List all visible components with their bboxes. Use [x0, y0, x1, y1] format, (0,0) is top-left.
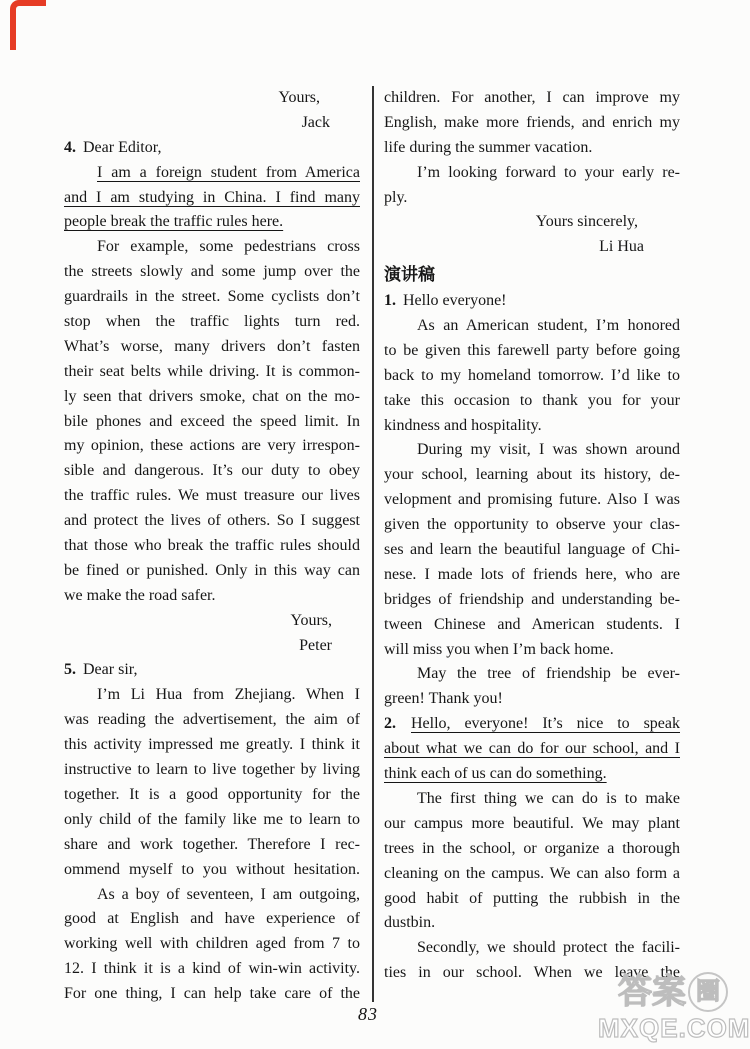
text-line: 2.Hello, everyone! It’s nice to speak [384, 712, 680, 737]
text-line: good at English and have experience of [64, 907, 360, 932]
text-line: May the tree of friendship be ever- [384, 662, 680, 687]
text-line: The first thing we can do is to make [384, 787, 680, 812]
paragraph: 2.Hello, everyone! It’s nice to speakabo… [384, 712, 680, 787]
column-divider-rule [372, 86, 374, 1002]
item-heading: 1.Hello everyone! [384, 289, 680, 314]
text-line: that those who break the traffic rules s… [64, 534, 360, 559]
text-line: and I am studying in China. I find many [64, 186, 360, 211]
watermark-logo: 答案圈 [598, 972, 748, 1012]
text-line: only child of the family like me to lear… [64, 808, 360, 833]
text-line: their seat belts while driving. It is co… [64, 360, 360, 385]
text-line: life during the summer vacation. [384, 136, 680, 161]
signature-block: Jack [64, 111, 360, 136]
text-line: I’m looking forward to your early re- [384, 161, 680, 186]
text-line: Jack [64, 111, 360, 136]
text-line: instructive to learn to live together by… [64, 758, 360, 783]
text-line: this activity impressed me greatly. I th… [64, 733, 360, 758]
item-heading: 4.Dear Editor, [64, 136, 360, 161]
text-line: 12. I think it is a kind of win-win acti… [64, 957, 360, 982]
signature-block: Yours, [64, 86, 360, 111]
red-corner-mark [10, 0, 46, 50]
text-line: back to my homeland tomorrow. I’d like t… [384, 364, 680, 389]
text-line: bridges of friendship and understanding … [384, 588, 680, 613]
signature-block: Peter [64, 634, 360, 659]
text-line: 演讲稿 [384, 263, 680, 288]
text-line: Yours sincerely, [384, 210, 680, 235]
watermark-title-text: 答案 [618, 975, 686, 1009]
right-text-column: children. For another, I can improve myE… [384, 86, 680, 986]
text-line: green! Thank you! [384, 687, 680, 712]
scanned-page: Yours,Jack4.Dear Editor,I am a foreign s… [0, 0, 750, 1049]
text-line-content: Dear sir, [83, 661, 137, 678]
paragraph: The first thing we can do is to makeour … [384, 787, 680, 936]
text-line: I am a foreign student from America [64, 161, 360, 186]
text-line: our campus more beautiful. We may plant [384, 812, 680, 837]
text-line: Li Hua [384, 235, 680, 260]
item-number: 2. [384, 715, 411, 732]
text-line: 5.Dear sir, [64, 658, 360, 683]
text-line: ly seen that drivers smoke, chat on the … [64, 385, 360, 410]
text-line: Secondly, we should protect the facili- [384, 936, 680, 961]
paragraph: I’m looking forward to your early re-ply… [384, 161, 680, 211]
text-line: As a boy of seventeen, I am outgoing, [64, 883, 360, 908]
text-line: For one thing, I can help take care of t… [64, 982, 360, 1007]
text-line: guardrails in the street. Some cyclists … [64, 285, 360, 310]
item-number: 1. [384, 292, 403, 309]
text-line: will miss you when I’m back home. [384, 638, 680, 663]
left-text-column: Yours,Jack4.Dear Editor,I am a foreign s… [64, 86, 360, 1007]
text-line: bile phones and exceed the speed limit. … [64, 410, 360, 435]
paragraph: As a boy of seventeen, I am outgoing,goo… [64, 883, 360, 1007]
item-number: 4. [64, 139, 83, 156]
text-line: What’s worse, many drivers don’t fasten [64, 335, 360, 360]
text-line: the streets slowly and some jump over th… [64, 260, 360, 285]
watermark: 答案圈 MXQE.COM [598, 972, 748, 1041]
text-line: sible and dangerous. It’s our duty to ob… [64, 459, 360, 484]
paragraph: As an American student, I’m honoredto be… [384, 314, 680, 438]
text-line: cleaning on the campus. We can also form… [384, 862, 680, 887]
text-line: trees in the school, or organize a thoro… [384, 837, 680, 862]
text-line: As an American student, I’m honored [384, 314, 680, 339]
paragraph: children. For another, I can improve myE… [384, 86, 680, 161]
text-line: to be given this farewell party before g… [384, 339, 680, 364]
text-line: be fined or punished. Only in this way c… [64, 559, 360, 584]
text-line: we make the road safer. [64, 584, 360, 609]
text-line: ommend myself to you without hesitation. [64, 858, 360, 883]
paragraph: During my visit, I was shown aroundyour … [384, 438, 680, 662]
text-line: the traffic rules. We must treasure our … [64, 484, 360, 509]
text-line-content: Hello everyone! [403, 292, 507, 309]
text-line: about what we can do for our school, and… [384, 737, 680, 762]
text-line: Yours, [64, 86, 360, 111]
text-line: good habit of putting the rubbish in the [384, 887, 680, 912]
page-number: 83 [358, 1004, 378, 1025]
text-line: English, make more friends, and enrich m… [384, 111, 680, 136]
signature-block: Li Hua [384, 235, 680, 260]
paragraph: For example, some pedestrians crossthe s… [64, 235, 360, 608]
text-line: 1.Hello everyone! [384, 289, 680, 314]
signature-block: Yours, [64, 609, 360, 634]
text-line: ply. [384, 186, 680, 211]
text-line: share and work together. Therefore I rec… [64, 833, 360, 858]
text-line: 4.Dear Editor, [64, 136, 360, 161]
text-line: children. For another, I can improve my [384, 86, 680, 111]
watermark-domain: MXQE.COM [598, 1015, 748, 1041]
item-number: 5. [64, 661, 83, 678]
text-line: and protect the lives of others. So I su… [64, 509, 360, 534]
paragraph: I’m Li Hua from Zhejiang. When Iwas read… [64, 683, 360, 882]
text-line: take this occasion to thank you for your [384, 389, 680, 414]
text-line: velopment and promising future. Also I w… [384, 488, 680, 513]
text-line: your school, learning about its history,… [384, 463, 680, 488]
text-line: During my visit, I was shown around [384, 438, 680, 463]
text-line: nese. I made lots of friends here, who a… [384, 563, 680, 588]
text-line: Peter [64, 634, 360, 659]
text-line: my opinion, these actions are very irres… [64, 434, 360, 459]
text-line: dustbin. [384, 911, 680, 936]
text-line: kindness and hospitality. [384, 414, 680, 439]
text-line: working well with children aged from 7 t… [64, 932, 360, 957]
signature-block: Yours sincerely, [384, 210, 680, 235]
text-line-content: Hello, everyone! It’s nice to speak [411, 715, 680, 732]
text-line: think each of us can do something. [384, 762, 680, 787]
section-heading: 演讲稿 [384, 263, 680, 288]
text-line: tween Chinese and American students. I [384, 613, 680, 638]
item-heading: 5.Dear sir, [64, 658, 360, 683]
text-line: people break the traffic rules here. [64, 210, 360, 235]
text-line: I’m Li Hua from Zhejiang. When I [64, 683, 360, 708]
text-line: ses and learn the beautiful language of … [384, 538, 680, 563]
text-line: For example, some pedestrians cross [64, 235, 360, 260]
text-line: was reading the advertisement, the aim o… [64, 708, 360, 733]
paragraph: May the tree of friendship be ever-green… [384, 662, 680, 712]
paragraph: I am a foreign student from Americaand I… [64, 161, 360, 236]
text-line: given the opportunity to observe your cl… [384, 513, 680, 538]
text-line: stop when the traffic lights turn red. [64, 310, 360, 335]
watermark-circle-icon: 圈 [688, 972, 728, 1012]
text-line: Yours, [64, 609, 360, 634]
text-line-content: Dear Editor, [83, 139, 161, 156]
text-line: together. It is a good opportunity for t… [64, 783, 360, 808]
